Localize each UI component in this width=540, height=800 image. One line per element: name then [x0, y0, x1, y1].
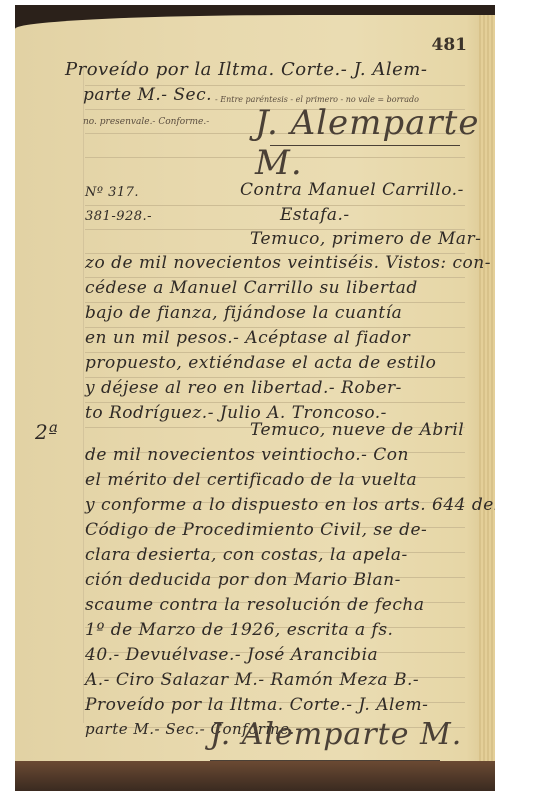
- entry-1-line: bajo de fianza, fijándose la cuantía: [85, 303, 402, 323]
- entry-2-line: A.- Ciro Salazar M.- Ramón Meza B.-: [85, 670, 419, 690]
- signature: J. Alemparte M.: [210, 717, 462, 752]
- entry-2-line: Proveído por la Iltma. Corte.- J. Alem-: [85, 695, 428, 715]
- entry-2-line: el mérito del certificado de la vuelta: [85, 470, 417, 490]
- entry-2-line: 1º de Marzo de 1926, escrita a fs.: [85, 620, 393, 640]
- signature-underline: [270, 145, 460, 146]
- entry-2-line: 40.- Devuélvase.- José Arancibia: [85, 645, 378, 665]
- margin-rule: [83, 65, 84, 723]
- top-entry-line: Proveído por la Iltma. Corte.- J. Alem-: [65, 59, 427, 80]
- page-number: 481: [432, 35, 468, 55]
- signature: J. Alemparte M.: [255, 103, 495, 183]
- document-photo: 481 Proveído por la Iltma. Corte.- J. Al…: [15, 5, 495, 791]
- file-number: 381-928.-: [85, 209, 152, 224]
- entry-1-line: Temuco, primero de Mar-: [250, 229, 481, 249]
- entry-2-line: clara desierta, con costas, la apela-: [85, 545, 408, 565]
- top-entry-line: parte M.- Sec.: [83, 85, 212, 105]
- ruled-line: [85, 205, 465, 206]
- case-subject: Estafa.-: [280, 205, 350, 225]
- entry-1-line: y déjese al reo en libertad.- Rober-: [85, 378, 402, 398]
- entry-2-line: de mil novecientos veintiocho.- Con: [85, 445, 409, 465]
- entry-1-line: en un mil pesos.- Acéptase al fiador: [85, 328, 410, 348]
- case-number: Nº 317.: [85, 185, 139, 200]
- entry-1-line: propuesto, extiéndase el acta de estilo: [85, 353, 436, 373]
- entry-marker: 2ª: [35, 420, 58, 444]
- note-continuation: no. presenvale.- Conforme.-: [83, 117, 209, 127]
- ledger-page: 481 Proveído por la Iltma. Corte.- J. Al…: [15, 15, 495, 763]
- case-title: Contra Manuel Carrillo.-: [240, 180, 464, 200]
- entry-2-line: y conforme a lo dispuesto en los arts. 6…: [85, 495, 495, 515]
- entry-2-line: Código de Procedimiento Civil, se de-: [85, 520, 427, 540]
- entry-1-line: zo de mil novecientos veintiséis. Vistos…: [85, 253, 491, 273]
- entry-2-line: Temuco, nueve de Abril: [250, 420, 464, 440]
- entry-2-line: ción deducida por don Mario Blan-: [85, 570, 401, 590]
- entry-2-line: scaume contra la resolución de fecha: [85, 595, 424, 615]
- entry-1-line: cédese a Manuel Carrillo su libertad: [85, 278, 418, 298]
- book-binding: [15, 761, 495, 791]
